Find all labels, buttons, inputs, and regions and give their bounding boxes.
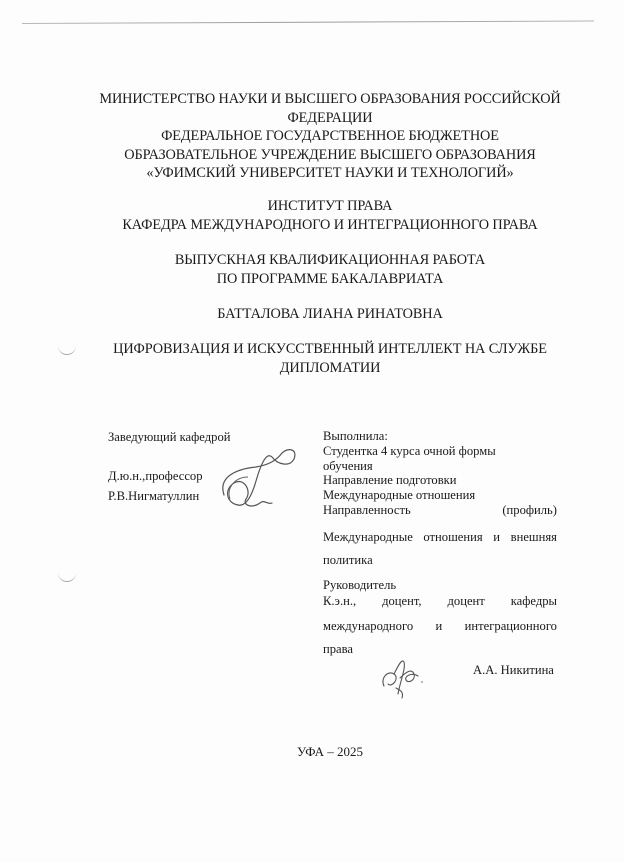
ministry-line: МИНИСТЕРСТВО НАУКИ И ВЫСШЕГО ОБРАЗОВАНИЯ… — [0, 90, 624, 109]
focus-label-left: Направленность — [323, 503, 411, 518]
supervisor-word: международного — [323, 615, 413, 638]
focus-label-right: (профиль) — [502, 503, 557, 518]
focus-word: Международные — [323, 526, 413, 549]
focus-word: внешняя — [511, 526, 557, 549]
institute-block: ИНСТИТУТ ПРАВА КАФЕДРА МЕЖДУНАРОДНОГО И … — [0, 197, 624, 234]
focus-word: и — [493, 526, 500, 549]
signature-icon — [216, 447, 298, 517]
ministry-header: МИНИСТЕРСТВО НАУКИ И ВЫСШЕГО ОБРАЗОВАНИЯ… — [0, 90, 624, 183]
head-of-department-label: Заведующий кафедрой — [108, 428, 230, 446]
thesis-title-line: ЦИФРОВИЗАЦИЯ И ИСКУССТВЕННЫЙ ИНТЕЛЛЕКТ Н… — [0, 340, 624, 359]
supervisor-word: доцент — [448, 593, 485, 609]
punch-hole-mark — [58, 573, 76, 582]
city-year: УФА – 2025 — [0, 744, 624, 760]
signature-icon — [378, 652, 428, 702]
performed-by-block: Выполнила: Студентка 4 курса очной формы… — [323, 429, 557, 661]
document-page: МИНИСТЕРСТВО НАУКИ И ВЫСШЕГО ОБРАЗОВАНИЯ… — [0, 0, 624, 862]
performed-by-label: Выполнила: — [323, 429, 557, 444]
student-info: обучения — [323, 459, 557, 474]
supervisor-name: А.А. Никитина — [473, 663, 554, 678]
direction-value: Международные отношения — [323, 488, 557, 503]
head-of-department-degree: Д.ю.н.,профессор — [108, 467, 203, 485]
scan-edge-line — [22, 21, 594, 24]
supervisor-title: К.э.н., доцент, доцент кафедры — [323, 593, 557, 609]
ministry-line: ФЕДЕРАЦИИ — [0, 109, 624, 128]
focus-word: отношения — [423, 526, 482, 549]
student-info: Студентка 4 курса очной формы — [323, 444, 557, 459]
work-type-line: ПО ПРОГРАММЕ БАКАЛАВРИАТА — [0, 270, 624, 289]
supervisor-department-line2: права — [323, 638, 557, 661]
focus-value-line2: политика — [323, 549, 557, 572]
ministry-line: ОБРАЗОВАТЕЛЬНОЕ УЧРЕЖДЕНИЕ ВЫСШЕГО ОБРАЗ… — [0, 146, 624, 165]
focus-label: Направленность (профиль) — [323, 503, 557, 518]
head-of-department-name: Р.В.Нигматуллин — [108, 487, 199, 505]
work-type-line: ВЫПУСКНАЯ КВАЛИФИКАЦИОННАЯ РАБОТА — [0, 251, 624, 270]
focus-value: Международные отношения и внешняя — [323, 526, 557, 549]
thesis-title-line: ДИПЛОМАТИИ — [0, 359, 624, 378]
ministry-line: ФЕДЕРАЛЬНОЕ ГОСУДАРСТВЕННОЕ БЮДЖЕТНОЕ — [0, 127, 624, 146]
supervisor-word: и — [436, 615, 443, 638]
university-name: «УФИМСКИЙ УНИВЕРСИТЕТ НАУКИ И ТЕХНОЛОГИЙ… — [0, 164, 624, 183]
supervisor-word: К.э.н., — [323, 593, 356, 609]
department-name: КАФЕДРА МЕЖДУНАРОДНОГО И ИНТЕГРАЦИОННОГО… — [0, 216, 624, 235]
author-name: БАТТАЛОВА ЛИАНА РИНАТОВНА — [0, 305, 624, 324]
supervisor-word: интеграционного — [465, 615, 557, 638]
work-type-block: ВЫПУСКНАЯ КВАЛИФИКАЦИОННАЯ РАБОТА ПО ПРО… — [0, 251, 624, 288]
thesis-title: ЦИФРОВИЗАЦИЯ И ИСКУССТВЕННЫЙ ИНТЕЛЛЕКТ Н… — [0, 340, 624, 377]
direction-label: Направление подготовки — [323, 473, 557, 488]
supervisor-word: доцент, — [382, 593, 421, 609]
supervisor-word: кафедры — [511, 593, 557, 609]
author-name-text: БАТТАЛОВА ЛИАНА РИНАТОВНА — [0, 305, 624, 324]
supervisor-department: международного и интеграционного — [323, 615, 557, 638]
institute-name: ИНСТИТУТ ПРАВА — [0, 197, 624, 216]
supervisor-label: Руководитель — [323, 578, 557, 593]
